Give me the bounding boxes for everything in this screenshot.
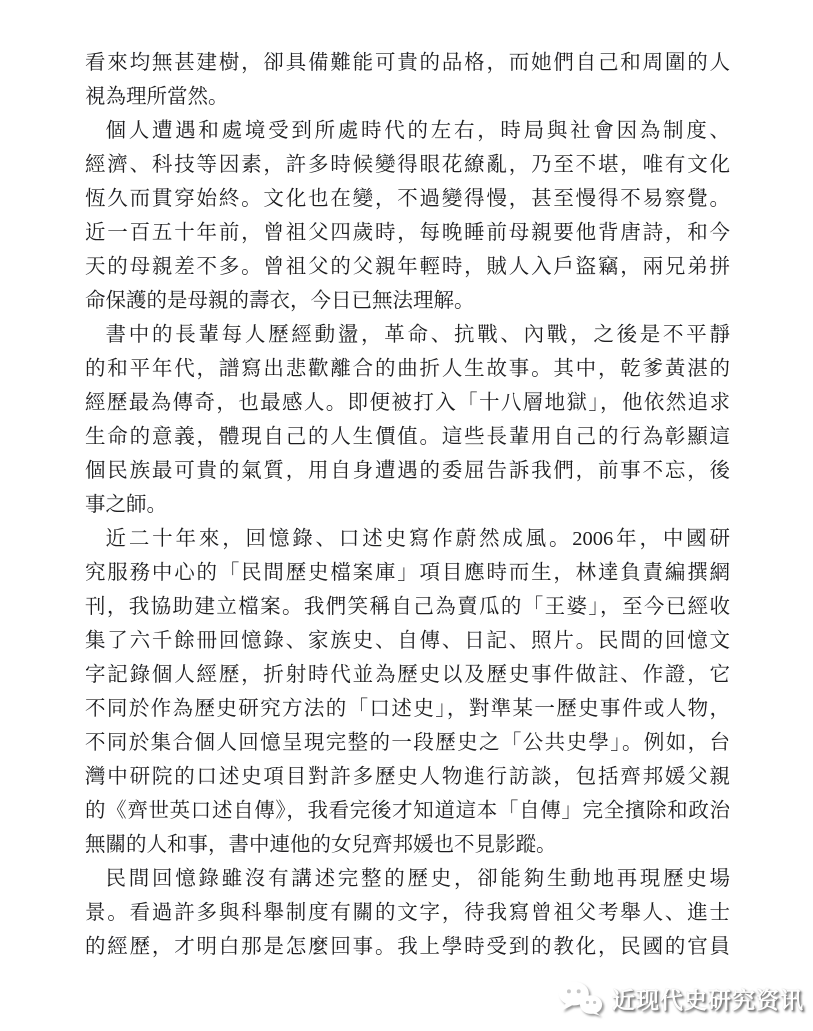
text-line: 命保護的是母親的壽衣，今日已無法理解。 bbox=[85, 284, 730, 318]
text-line: 字記錄個人經歷，折射時代並為歷史以及歷史事件做註、作證，它 bbox=[85, 658, 730, 692]
text-line: 景。看過許多與科舉制度有關的文字，待我寫曾祖父考舉人、進士 bbox=[85, 896, 730, 930]
text-line: 經歷最為傳奇，也最感人。即便被打入「十八層地獄」，他依然追求 bbox=[85, 386, 730, 420]
text-line: 近二十年來，回憶錄、口述史寫作蔚然成風。2006年，中國研 bbox=[85, 522, 730, 556]
text-line: 經濟、科技等因素，許多時候變得眼花繚亂，乃至不堪，唯有文化 bbox=[85, 148, 730, 182]
document-page: 看來均無甚建樹，卻具備難能可貴的品格，而她們自己和周圍的人視為理所當然。個人遭遇… bbox=[0, 0, 813, 1031]
text-line: 天的母親差不多。曾祖父的父親年輕時，賊人入戶盜竊，兩兄弟拼 bbox=[85, 250, 730, 284]
text-line: 的《齊世英口述自傳》，我看完後才知道這本「自傳」完全擯除和政治 bbox=[85, 794, 730, 828]
text-line: 個民族最可貴的氣質，用自身遭遇的委屈告訴我們，前事不忘，後 bbox=[85, 454, 730, 488]
text-line: 書中的長輩每人歷經動盪，革命、抗戰、內戰，之後是不平靜 bbox=[85, 318, 730, 352]
text-line: 不同於集合個人回憶呈現完整的一段歷史之「公共史學」。例如，台 bbox=[85, 726, 730, 760]
text-line: 刊，我協助建立檔案。我們笑稱自己為賣瓜的「王婆」，至今已經收 bbox=[85, 590, 730, 624]
text-line: 集了六千餘冊回憶錄、家族史、自傳、日記、照片。民間的回憶文 bbox=[85, 624, 730, 658]
wechat-icon bbox=[557, 980, 603, 1016]
text-line: 的經歷，才明白那是怎麼回事。我上學時受到的教化，民國的官員 bbox=[85, 930, 730, 964]
text-line: 無關的人和事，書中連他的女兒齊邦媛也不見影蹤。 bbox=[85, 828, 730, 862]
text-line: 究服務中心的「民間歷史檔案庫」項目應時而生，林達負責編撰網 bbox=[85, 556, 730, 590]
text-line: 個人遭遇和處境受到所處時代的左右，時局與社會因為制度、 bbox=[85, 114, 730, 148]
text-line: 事之師。 bbox=[85, 488, 730, 522]
body-text: 看來均無甚建樹，卻具備難能可貴的品格，而她們自己和周圍的人視為理所當然。個人遭遇… bbox=[85, 46, 730, 964]
text-line: 的和平年代，譜寫出悲歡離合的曲折人生故事。其中，乾爹黃湛的 bbox=[85, 352, 730, 386]
text-line: 恆久而貫穿始終。文化也在變，不過變得慢，甚至慢得不易察覺。 bbox=[85, 182, 730, 216]
text-line: 不同於作為歷史研究方法的「口述史」，對準某一歷史事件或人物， bbox=[85, 692, 730, 726]
text-line: 生命的意義，體現自己的人生價值。這些長輩用自己的行為彰顯這 bbox=[85, 420, 730, 454]
watermark-label: 近现代史研究资讯 bbox=[612, 982, 804, 1015]
text-line: 視為理所當然。 bbox=[85, 80, 730, 114]
text-line: 民間回憶錄雖沒有講述完整的歷史，卻能夠生動地再現歷史場 bbox=[85, 862, 730, 896]
wechat-watermark: 近现代史研究资讯 bbox=[557, 980, 804, 1016]
text-line: 灣中研院的口述史項目對許多歷史人物進行訪談，包括齊邦媛父親 bbox=[85, 760, 730, 794]
text-line: 近一百五十年前，曾祖父四歲時，每晚睡前母親要他背唐詩，和今 bbox=[85, 216, 730, 250]
text-line: 看來均無甚建樹，卻具備難能可貴的品格，而她們自己和周圍的人 bbox=[85, 46, 730, 80]
